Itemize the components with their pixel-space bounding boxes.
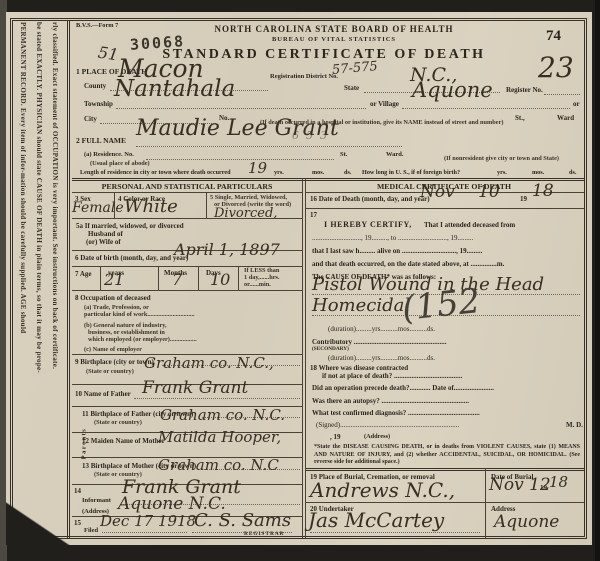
full-name-leader <box>136 146 402 147</box>
column-divider-b <box>305 178 306 538</box>
signed-19-label: , 19 <box>330 433 341 441</box>
informant-number: 14 <box>74 487 81 495</box>
rule-under-age-row <box>72 290 302 291</box>
marital-label-1: 5 Single, Married, Widowed, <box>210 194 287 201</box>
violent-death-footnote: *State the DISEASE CAUSING DEATH, or in … <box>314 444 580 467</box>
burial-column-divider <box>485 468 486 538</box>
sex-value: Female <box>72 201 124 215</box>
signed-label: (Signed)................................… <box>316 421 459 429</box>
signed-address-label: (Address) <box>364 433 390 440</box>
father-birthplace-sub: (State or country) <box>94 419 142 426</box>
or-label: or <box>573 100 580 108</box>
form-number: B.V.S.—Form 7 <box>76 22 118 29</box>
village-leader <box>402 108 570 109</box>
wife-of-label: (or) Wife of <box>86 238 121 246</box>
md-label: M. D. <box>566 421 583 429</box>
age-divider-2 <box>158 266 159 290</box>
rule-above-burial <box>306 468 584 471</box>
birth-date-label: 6 Date of birth (month, day, and year) <box>75 254 188 262</box>
father-name-value: Frank Grant <box>142 380 248 397</box>
burial-place-value: Andrews N.C., <box>310 480 455 500</box>
age-less-note-1: If LESS than <box>244 267 279 274</box>
occupation-a2: particular kind of work.................… <box>84 311 195 318</box>
undertaker-leader <box>310 532 480 533</box>
residence-ward-label: Ward. <box>386 151 404 158</box>
length-yrs-label: yrs. <box>274 169 284 176</box>
length-ds-label: ds. <box>344 169 351 176</box>
marital-5a-label: 5a If married, widowed, or divorced <box>76 222 184 230</box>
margin-line-1: PERMANENT RECORD. Every item of infor-ma… <box>15 22 31 528</box>
birth-date-value: April 1, 1897 <box>174 242 280 258</box>
race-value: White <box>124 198 178 216</box>
death-date-label: 16 Date of Death (month, day, and year) <box>310 195 430 203</box>
undertaker-value: Jas McCartey <box>308 510 444 530</box>
township-value: Nantahala <box>114 78 235 101</box>
district-value: 57-575 <box>332 60 379 77</box>
registrar-label: REGISTRAR <box>244 531 285 537</box>
certify-line4: and that death occurred, on the date sta… <box>312 260 504 268</box>
village-label: or Village <box>370 100 399 108</box>
certify-number: 17 <box>310 211 317 219</box>
father-name-leader <box>134 398 300 399</box>
page-number: 74 <box>546 28 561 45</box>
district-label: Registration District No. <box>270 73 338 80</box>
informant-label: Informant <box>82 497 111 504</box>
org-name: NORTH CAROLINA STATE BOARD OF HEALTH <box>215 24 454 34</box>
race-marital-divider <box>206 192 207 218</box>
occupation-label: 8 Occupation of deceased <box>75 294 151 302</box>
age-divider-4 <box>238 266 239 290</box>
certify-line1-rest: That I attended deceased from <box>424 221 515 229</box>
margin-divider <box>67 20 70 538</box>
where-contracted-label-2: if not at place of death? ..............… <box>322 372 462 380</box>
certificate-title: STANDARD CERTIFICATE OF DEATH <box>162 47 485 63</box>
rule-under-death-date <box>306 208 584 209</box>
village-value: Aquone <box>412 80 493 101</box>
city-label: City <box>84 115 97 123</box>
mother-name-label: 12 Maiden Name of Mother <box>82 437 165 445</box>
register-leader <box>544 94 580 95</box>
cause-scrawl: (152 <box>400 284 481 326</box>
test-label: What test confirmed diagnosis? .........… <box>312 409 480 417</box>
full-name-value: Maudie Lee Grant <box>136 118 339 140</box>
father-name-label: 10 Name of Father <box>75 390 131 398</box>
mother-birthplace-value: Graham co. N.C <box>158 458 279 473</box>
length-residence-value: 19 <box>248 161 267 176</box>
howlong-yrs-label: yrs. <box>497 169 507 176</box>
residence-st-label: St. <box>340 151 347 158</box>
occupation-b1: (b) General nature of industry, <box>84 322 167 329</box>
margin-instructions: rly classified. Exact statement of OCCUP… <box>15 22 63 528</box>
autopsy-label: Was there an autopsy? ..................… <box>312 397 469 405</box>
section-top-rule <box>72 178 584 181</box>
township-leader <box>116 108 366 109</box>
length-residence-label: Length of residence in city or town wher… <box>80 169 231 176</box>
death-date-value: Nov 10 <box>420 184 500 201</box>
bureau-name: BUREAU OF VITAL STATISTICS <box>272 36 396 43</box>
rule-under-personal-header <box>72 192 302 193</box>
death-date-19: 19 <box>520 195 527 203</box>
undertaker-address-value: Aquone <box>494 514 559 531</box>
city-st-label: St., <box>515 114 525 122</box>
secondary-label: (SECONDARY) <box>312 346 349 352</box>
full-name-label: 2 FULL NAME <box>76 136 126 145</box>
duration-line-2: (duration).........yrs..........mos.....… <box>328 354 435 362</box>
rule-under-burial-row <box>306 502 584 503</box>
age-less-note-3: or......min. <box>244 281 271 288</box>
county-label: County <box>84 82 106 90</box>
filed-leader <box>102 532 187 533</box>
certify-line1-bold: I HEREBY CERTIFY, <box>324 220 412 229</box>
birthplace-sub-label: (State or country) <box>86 368 134 375</box>
cause-of-death-value-2: Homecidal <box>312 297 410 315</box>
nonresident-note: (If nonresident give city or town and St… <box>444 155 559 162</box>
register-label: Register No. <box>506 86 543 94</box>
form-area: B.V.S.—Form 7 NORTH CAROLINA STATE BOARD… <box>72 20 584 538</box>
margin-line-3: rly classified. Exact statement of OCCUP… <box>47 22 63 528</box>
pencil-mark-51: 51 <box>97 45 119 64</box>
personal-section-header: PERSONAL AND STATISTICAL PARTICULARS <box>102 182 273 191</box>
residence-label: (a) Residence. No. <box>84 151 134 158</box>
certificate-stamp-number: 30068 <box>129 32 185 54</box>
age-days-value: 10 <box>210 272 230 288</box>
city-ward-label: Ward <box>557 114 574 122</box>
certify-line3: that I last saw h......... alive on ....… <box>312 247 482 255</box>
howlong-mos-label: mos. <box>532 169 544 176</box>
operation-label: Did an operation precede death?.........… <box>312 384 494 392</box>
birthplace-label: 9 Birthplace (city or town) <box>75 358 154 366</box>
husband-of-label: Husband of <box>88 230 123 238</box>
abode-note: (Usual place of abode) <box>90 160 150 167</box>
burial-date-value: Nov 12 <box>489 477 551 494</box>
father-birthplace-value: Graham co. N.C. <box>160 408 285 423</box>
length-mos-label: mos. <box>312 169 324 176</box>
mother-name-value: Matilda Hooper, <box>158 430 281 445</box>
margin-line-2: be stated EXACTLY. PHYSICIAN should stat… <box>31 22 47 528</box>
age-label: 7 Age <box>75 270 92 278</box>
filed-label: Filed <box>84 527 98 534</box>
registrar-signature: C. S. Sams <box>194 512 291 530</box>
parents-group-label: Parents <box>80 428 87 460</box>
age-divider-3 <box>198 266 199 290</box>
age-less-note-2: 1 day,......hrs. <box>244 274 280 281</box>
howlong-ds-label: ds. <box>569 169 576 176</box>
birthplace-value: Graham co. N.C., <box>144 356 274 371</box>
burial-date-year: 18 <box>549 475 568 490</box>
death-certificate: rly classified. Exact statement of OCCUP… <box>6 12 592 545</box>
column-divider-a <box>302 178 303 538</box>
occupation-a1: (a) Trade, Profession, or <box>84 304 149 311</box>
certify-line2: ............................, 19........… <box>312 234 473 242</box>
where-contracted-label-1: 18 Where was disease contracted <box>310 364 408 372</box>
age-months-value: 7 <box>172 272 182 288</box>
occupation-b3: which employed (or employer)............… <box>88 336 197 343</box>
contributory-label: Contributory ...........................… <box>312 338 447 346</box>
occupation-b2: business, or establishment in <box>88 329 165 336</box>
age-years-value: 21 <box>104 272 124 288</box>
filed-date-value: Dec 17 1918 <box>100 514 196 529</box>
death-date-year: 18 <box>532 183 554 200</box>
howlong-label: How long in U. S., if of foreign birth? <box>362 169 460 176</box>
occupation-c: (c) Name of employer <box>84 346 142 353</box>
residence-leader <box>146 159 334 160</box>
state-label: State <box>344 84 359 92</box>
marital-value: Divorced, <box>214 207 277 220</box>
township-label: Township <box>84 100 113 108</box>
register-value: 23 <box>538 54 574 82</box>
scan-corner-shadow <box>6 501 78 545</box>
age-divider-1 <box>100 266 101 290</box>
